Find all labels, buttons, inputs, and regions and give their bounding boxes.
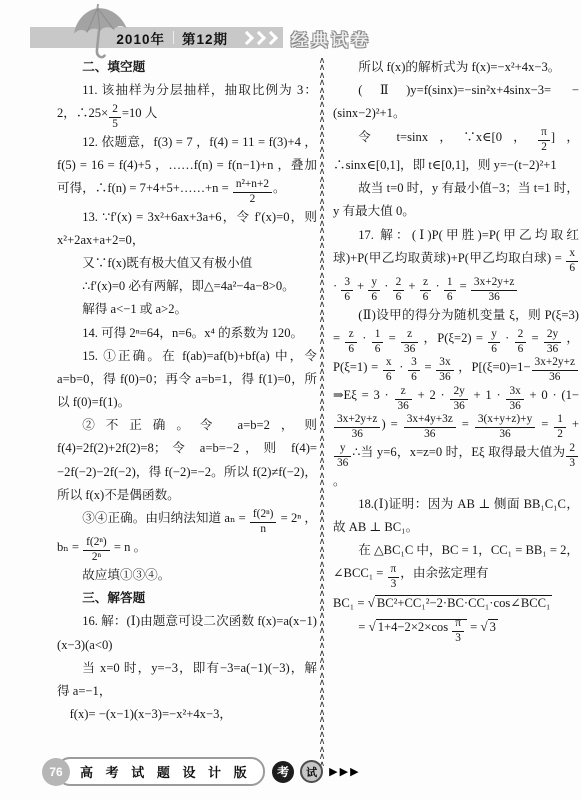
paragraph: 17. 解：(Ⅰ)P(甲胜)=P(甲乙均取红球)+P(甲乙均取黄球)+P(甲乙均… xyxy=(333,224,579,304)
paragraph: (Ⅱ)y=f(sinx)=−sin²x+4sinx−3= −(sinx−2)²+… xyxy=(333,79,579,125)
paragraph: = √1+4−2×2×cos π3 = √3 xyxy=(333,615,579,645)
fraction: π2 xyxy=(538,127,550,154)
fraction: 16 xyxy=(372,329,384,356)
fraction: 2y36 xyxy=(450,386,467,413)
fraction: 3x+2y+z36 xyxy=(334,414,380,441)
paragraph: 故当 t=0 时，y 有最小值−3；当 t=1 时，y 有最大值 0。 xyxy=(333,177,579,223)
fraction: 3x+2y+z36 xyxy=(471,277,517,304)
paragraph: 13. ∵f′(x) = 3x²+6ax+3a+6，令 f′(x)=0，则 x²… xyxy=(57,206,317,252)
fraction: 36 xyxy=(408,357,420,384)
arrows-icon: ▶▶▶ xyxy=(329,765,360,778)
series-title: 高 考 试 题 设 计 版 xyxy=(56,757,265,786)
paragraph: ③④正确。由归纳法知道 aₙ = f(2ⁿ)n = 2ⁿ ，bₙ = f(2ⁿ)… xyxy=(57,507,317,564)
fraction: 16 xyxy=(444,277,456,304)
fraction: z36 xyxy=(401,329,418,356)
page-footer: 76 高 考 试 题 设 计 版 考 试 ▶▶▶ xyxy=(42,757,361,786)
fraction: y6 xyxy=(488,329,500,356)
fraction: 26 xyxy=(515,329,527,356)
left-column: 二、填空题11. 该抽样为分层抽样，抽取比例为 3：2，∴25×25=10 人1… xyxy=(57,56,317,766)
paragraph: f(x)= −(x−1)(x−3)=−x²+4x−3， xyxy=(57,703,317,726)
section-badge: 经典试卷 xyxy=(291,26,371,51)
paragraph: ②不正确。令 a=b=2，则 f(4)=2f(2)+2f(2)=8；令 a=b=… xyxy=(57,414,317,507)
fraction: 2y36 xyxy=(544,329,561,356)
fraction: n²+n+22 xyxy=(233,179,272,206)
issue-divider xyxy=(173,31,174,44)
fraction: x6 xyxy=(383,357,395,384)
paragraph: 又∵f(x)既有极大值又有极小值 xyxy=(57,252,317,275)
fraction: y6 xyxy=(368,277,380,304)
fraction: 12 xyxy=(554,414,566,441)
fraction: 23 xyxy=(566,443,578,470)
square-root: √BC²+CC₁²−2·BC·CC₁·cos∠BCC₁ xyxy=(368,591,553,615)
fraction: 3x36 xyxy=(506,386,523,413)
paragraph: 18.(Ⅰ)证明：因为 AB ⊥ 侧面 BB₁C₁C，故 AB ⊥ BC₁。 xyxy=(333,493,579,539)
paragraph: 所以 f(x)的解析式为 f(x)=−x²+4x−3。 xyxy=(333,56,579,79)
paragraph: 11. 该抽样为分层抽样，抽取比例为 3：2，∴25×25=10 人 xyxy=(57,79,317,131)
fraction: 3x36 xyxy=(436,357,453,384)
square-root: √3 xyxy=(480,615,498,639)
fraction: y36 xyxy=(334,443,351,470)
fraction: 26 xyxy=(393,277,405,304)
fraction: f(2ⁿ)2ⁿ xyxy=(83,537,110,564)
paragraph: 16. 解：(Ⅰ)由题意可设二次函数 f(x)=a(x−1)(x−3)(a<0) xyxy=(57,610,317,656)
issue-number: 第12期 xyxy=(182,28,228,48)
fraction: z6 xyxy=(420,277,432,304)
fraction: 3x+2y+z36 xyxy=(532,357,578,384)
paragraph: 15. ①正确。在 f(ab)=af(b)+bf(a) 中，令 a=b=0，得 … xyxy=(57,345,317,415)
right-column: 所以 f(x)的解析式为 f(x)=−x²+4x−3。(Ⅱ)y=f(sinx)=… xyxy=(333,56,579,770)
paragraph: 二、填空题 xyxy=(57,56,317,79)
paragraph: ∴f′(x)=0 必有两解，即△=4a²−4a−8>0。 xyxy=(57,275,317,298)
kao-badge: 考 xyxy=(272,761,294,783)
paragraph: 解得 a<−1 或 a>2。 xyxy=(57,298,317,321)
paragraph: BC₁ = √BC²+CC₁²−2·BC·CC₁·cos∠BCC₁ xyxy=(333,591,579,615)
paragraph: (Ⅱ)设甲的得分为随机变量 ξ，则 P(ξ=3) = z6 · 16 = z36… xyxy=(333,304,579,493)
fraction: z36 xyxy=(395,386,412,413)
page-number-badge: 76 xyxy=(42,758,70,786)
magazine-page: 2010年 第12期 经典试卷 二、填空题11. 该抽样为分层抽样，抽取比例为 … xyxy=(0,0,581,800)
paragraph: 当 x=0 时，y=−3，即有−3=a(−1)(−3)，解得 a=−1， xyxy=(57,657,317,703)
fraction: 36 xyxy=(341,277,353,304)
fraction: π3 xyxy=(388,564,400,591)
paragraph: 三、解答题 xyxy=(57,587,317,610)
fraction: 3x+4y+3z36 xyxy=(404,414,456,441)
paragraph: 令 t=sinx，∵x∈[0，π2]，∴sinx∈[0,1]，即 t∈[0,1]… xyxy=(333,126,579,178)
shi-badge: 试 xyxy=(300,760,323,783)
square-root: √1+4−2×2×cos π3 xyxy=(368,615,467,645)
fraction: x6 xyxy=(566,248,578,275)
fraction: π3 xyxy=(452,618,464,645)
column-divider: ∧ ∧ ∧ ∧ ∧ ∧ ∧ ∧ ∧ ∧ ∧ ∧ ∧ ∧ ∧ ∧ ∧ ∧ ∧ ∧ … xyxy=(315,58,329,766)
paragraph: 故应填①③④。 xyxy=(57,564,317,587)
paragraph: 在 △BC₁C 中，BC = 1，CC₁ = BB₁ = 2，∠BCC₁ = π… xyxy=(333,539,579,591)
fraction: 25 xyxy=(109,104,121,131)
paragraph: 12. 依题意，f(3) = 7 ，f(4) = 11 = f(3)+4 ，f(… xyxy=(57,131,317,206)
fraction: 3(x+y+z)+y36 xyxy=(475,414,535,441)
paragraph: 14. 可得 2ⁿ=64，n=6。x⁴ 的系数为 120。 xyxy=(57,322,317,345)
triple-chevron-icon xyxy=(240,33,276,43)
fraction: z6 xyxy=(345,329,357,356)
fraction: f(2ⁿ)n xyxy=(250,509,277,536)
